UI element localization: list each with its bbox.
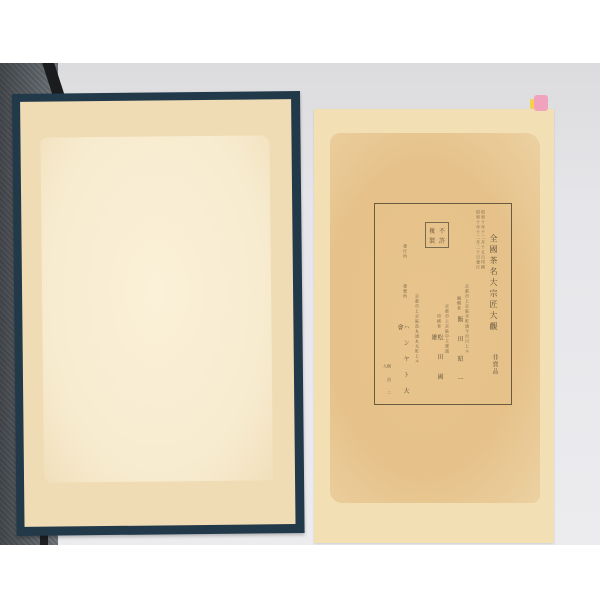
printer-label: 印刷者 bbox=[437, 314, 441, 329]
printer-name: 松 田 國 雄 bbox=[430, 334, 442, 404]
editor-address: 京都市上京區寺町通今出川上ル bbox=[465, 284, 469, 354]
publisher-name: ハ ン ヤ ト 大 會 bbox=[396, 324, 408, 404]
copyright-stamp: 不 許 複 製 bbox=[425, 222, 449, 248]
distributor-name: 樹 昌 二 人 bbox=[383, 364, 391, 404]
stamp-char: 複 bbox=[429, 226, 435, 235]
book-title: 全國茶名大宗匠大觀 bbox=[489, 234, 497, 333]
book-photograph: 全國茶名大宗匠大觀 昭和十年十二月十五日印刷 昭和十年十二月二十日發行 非賣品 … bbox=[0, 63, 600, 545]
distributor-address: 京都市上京區烏丸通丸太町上ル bbox=[415, 294, 419, 364]
stamp-char: 製 bbox=[429, 236, 435, 245]
printer-address: 京都市上京區中立賣通 bbox=[445, 304, 449, 354]
publish-date: 昭和十年十二月二十日發行 bbox=[476, 210, 480, 270]
publisher-label: 發行所 bbox=[403, 244, 407, 259]
left-page-light-area bbox=[40, 135, 273, 482]
pink-bookmark-tab bbox=[534, 95, 548, 111]
editor-name: 飯 田 昭 一 bbox=[456, 316, 462, 388]
stamp-char: 不 bbox=[439, 226, 445, 235]
distributor-label: 發賣所 bbox=[403, 284, 407, 299]
price-label: 非賣品 bbox=[491, 354, 497, 375]
print-date: 昭和十年十二月十五日印刷 bbox=[481, 210, 485, 270]
left-endpaper bbox=[20, 99, 295, 527]
colophon-box: 全國茶名大宗匠大觀 昭和十年十二月十五日印刷 昭和十年十二月二十日發行 非賣品 … bbox=[374, 203, 512, 405]
editor-label: 編輯者 bbox=[457, 296, 461, 311]
left-cover-board bbox=[12, 91, 305, 536]
stamp-char: 許 bbox=[439, 236, 445, 245]
right-colophon-page: 全國茶名大宗匠大觀 昭和十年十二月十五日印刷 昭和十年十二月二十日發行 非賣品 … bbox=[314, 109, 554, 543]
photo-stage: 全國茶名大宗匠大觀 昭和十年十二月十五日印刷 昭和十年十二月二十日發行 非賣品 … bbox=[0, 0, 600, 600]
